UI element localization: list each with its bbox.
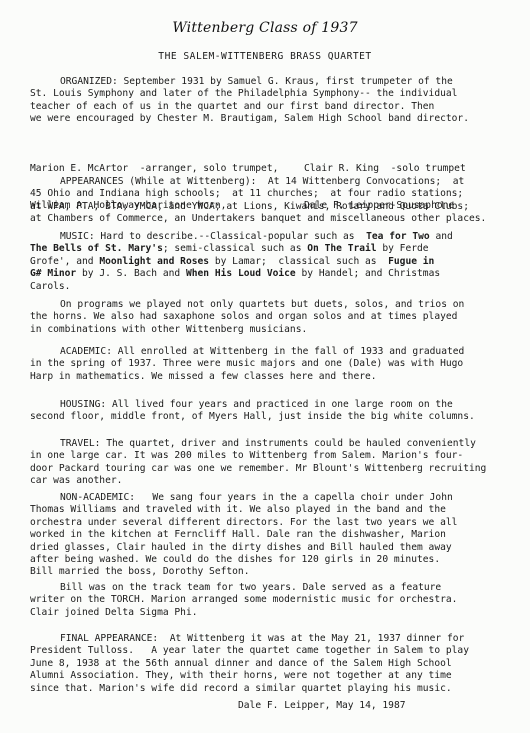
text-line: in combinations with other Wittenberg mu… bbox=[30, 324, 510, 336]
paragraph-organized: ORGANIZED: September 1931 by Samuel G. K… bbox=[30, 76, 510, 126]
song-title: Moonlight and Roses bbox=[99, 256, 209, 267]
signature: Dale F. Leipper, May 14, 1987 bbox=[238, 700, 406, 711]
text-line: Clair joined Delta Sigma Phi. bbox=[30, 607, 510, 619]
text-line: June 8, 1938 at the 56th annual dinner a… bbox=[30, 658, 510, 670]
text-line: MUSIC: Hard to describe.--Classical-popu… bbox=[30, 231, 510, 243]
song-title: When His Loud Voice bbox=[186, 268, 296, 279]
text-line: in one large car. It was 200 miles to Wi… bbox=[30, 450, 510, 462]
paragraph-final-appearance: FINAL APPEARANCE: At Wittenberg it was a… bbox=[30, 633, 510, 695]
text-line: we were encouraged by Chester M. Brautig… bbox=[30, 113, 510, 125]
text-line: On programs we played not only quartets … bbox=[30, 299, 510, 311]
text-line: writer on the TORCH. Marion arranged som… bbox=[30, 594, 510, 606]
text-line: worked in the kitchen at Ferncliff Hall.… bbox=[30, 529, 510, 541]
member-entry: Marion E. McArtor -arranger, solo trumpe… bbox=[30, 163, 278, 175]
text-line: President Tulloss. A year later the quar… bbox=[30, 645, 510, 657]
text-line: G# Minor by J. S. Bach and When His Loud… bbox=[30, 268, 510, 280]
text-line: 45 Ohio and Indiana high schools; at 11 … bbox=[30, 188, 510, 200]
song-title: Tea for Two bbox=[366, 231, 430, 242]
text-line: orchestra under several different direct… bbox=[30, 517, 510, 529]
text-line: Alumni Association. They, with their hor… bbox=[30, 670, 510, 682]
paragraph-programs: On programs we played not only quartets … bbox=[30, 299, 510, 336]
text-line: dried glasses, Clair hauled in the dirty… bbox=[30, 542, 510, 554]
text-line: at WPA, PTA, BTA, YMCA, and YWCA; at Lio… bbox=[30, 201, 510, 213]
text-line: APPEARANCES (While at Wittenberg): At 14… bbox=[30, 176, 510, 188]
text-line: door Packard touring car was one we reme… bbox=[30, 463, 510, 475]
text-line: ORGANIZED: September 1931 by Samuel G. K… bbox=[30, 76, 510, 88]
text-line: at Chambers of Commerce, an Undertakers … bbox=[30, 213, 510, 225]
song-title: On The Trail bbox=[307, 243, 376, 254]
paragraph-appearances: APPEARANCES (While at Wittenberg): At 14… bbox=[30, 176, 510, 226]
paragraph-travel: TRAVEL: The quartet, driver and instrume… bbox=[30, 438, 510, 488]
text-line: FINAL APPEARANCE: At Wittenberg it was a… bbox=[30, 633, 510, 645]
text-line: The Bells of St. Mary's; semi-classical … bbox=[30, 243, 510, 255]
text-line: ACADEMIC: All enrolled at Wittenberg in … bbox=[30, 346, 510, 358]
text-line: after being washed. We could do the dish… bbox=[30, 554, 510, 566]
text-line: Grofe', and Moonlight and Roses by Lamar… bbox=[30, 256, 510, 268]
song-title: Fugue in bbox=[388, 256, 434, 267]
document-heading: THE SALEM-WITTENBERG BRASS QUARTET bbox=[0, 51, 530, 62]
text-line: the horns. We also had saxaphone solos a… bbox=[30, 311, 510, 323]
paragraph-non-academic: NON-ACADEMIC: We sang four years in the … bbox=[30, 492, 510, 579]
paragraph-track: Bill was on the track team for two years… bbox=[30, 582, 510, 619]
text-line: in the spring of 1937. Three were music … bbox=[30, 358, 510, 370]
text-line: car was another. bbox=[30, 475, 510, 487]
text-line: TRAVEL: The quartet, driver and instrume… bbox=[30, 438, 510, 450]
text-line: Thomas Williams and traveled with it. We… bbox=[30, 504, 510, 516]
text-line: teacher of each of us in the quartet and… bbox=[30, 101, 510, 113]
text-line: since that. Marion's wife did record a s… bbox=[30, 683, 510, 695]
text-line: HOUSING: All lived four years and practi… bbox=[30, 399, 510, 411]
text-line: Harp in mathematics. We missed a few cla… bbox=[30, 371, 510, 383]
paragraph-housing: HOUSING: All lived four years and practi… bbox=[30, 399, 510, 424]
text-line: second floor, middle front, of Myers Hal… bbox=[30, 411, 510, 423]
text-line: Bill was on the track team for two years… bbox=[30, 582, 510, 594]
handwritten-title: Wittenberg Class of 1937 bbox=[0, 20, 530, 36]
text-line: Bill married the boss, Dorothy Sefton. bbox=[30, 566, 510, 578]
text-line: Carols. bbox=[30, 281, 510, 293]
text-line: St. Louis Symphony and later of the Phil… bbox=[30, 88, 510, 100]
song-title: G# Minor bbox=[30, 268, 76, 279]
member-entry: Clair R. King -solo trumpet bbox=[304, 163, 466, 175]
text-line: NON-ACADEMIC: We sang four years in the … bbox=[30, 492, 510, 504]
song-title: The Bells of St. Mary's bbox=[30, 243, 163, 254]
paragraph-academic: ACADEMIC: All enrolled at Wittenberg in … bbox=[30, 346, 510, 383]
paragraph-music: MUSIC: Hard to describe.--Classical-popu… bbox=[30, 231, 510, 293]
